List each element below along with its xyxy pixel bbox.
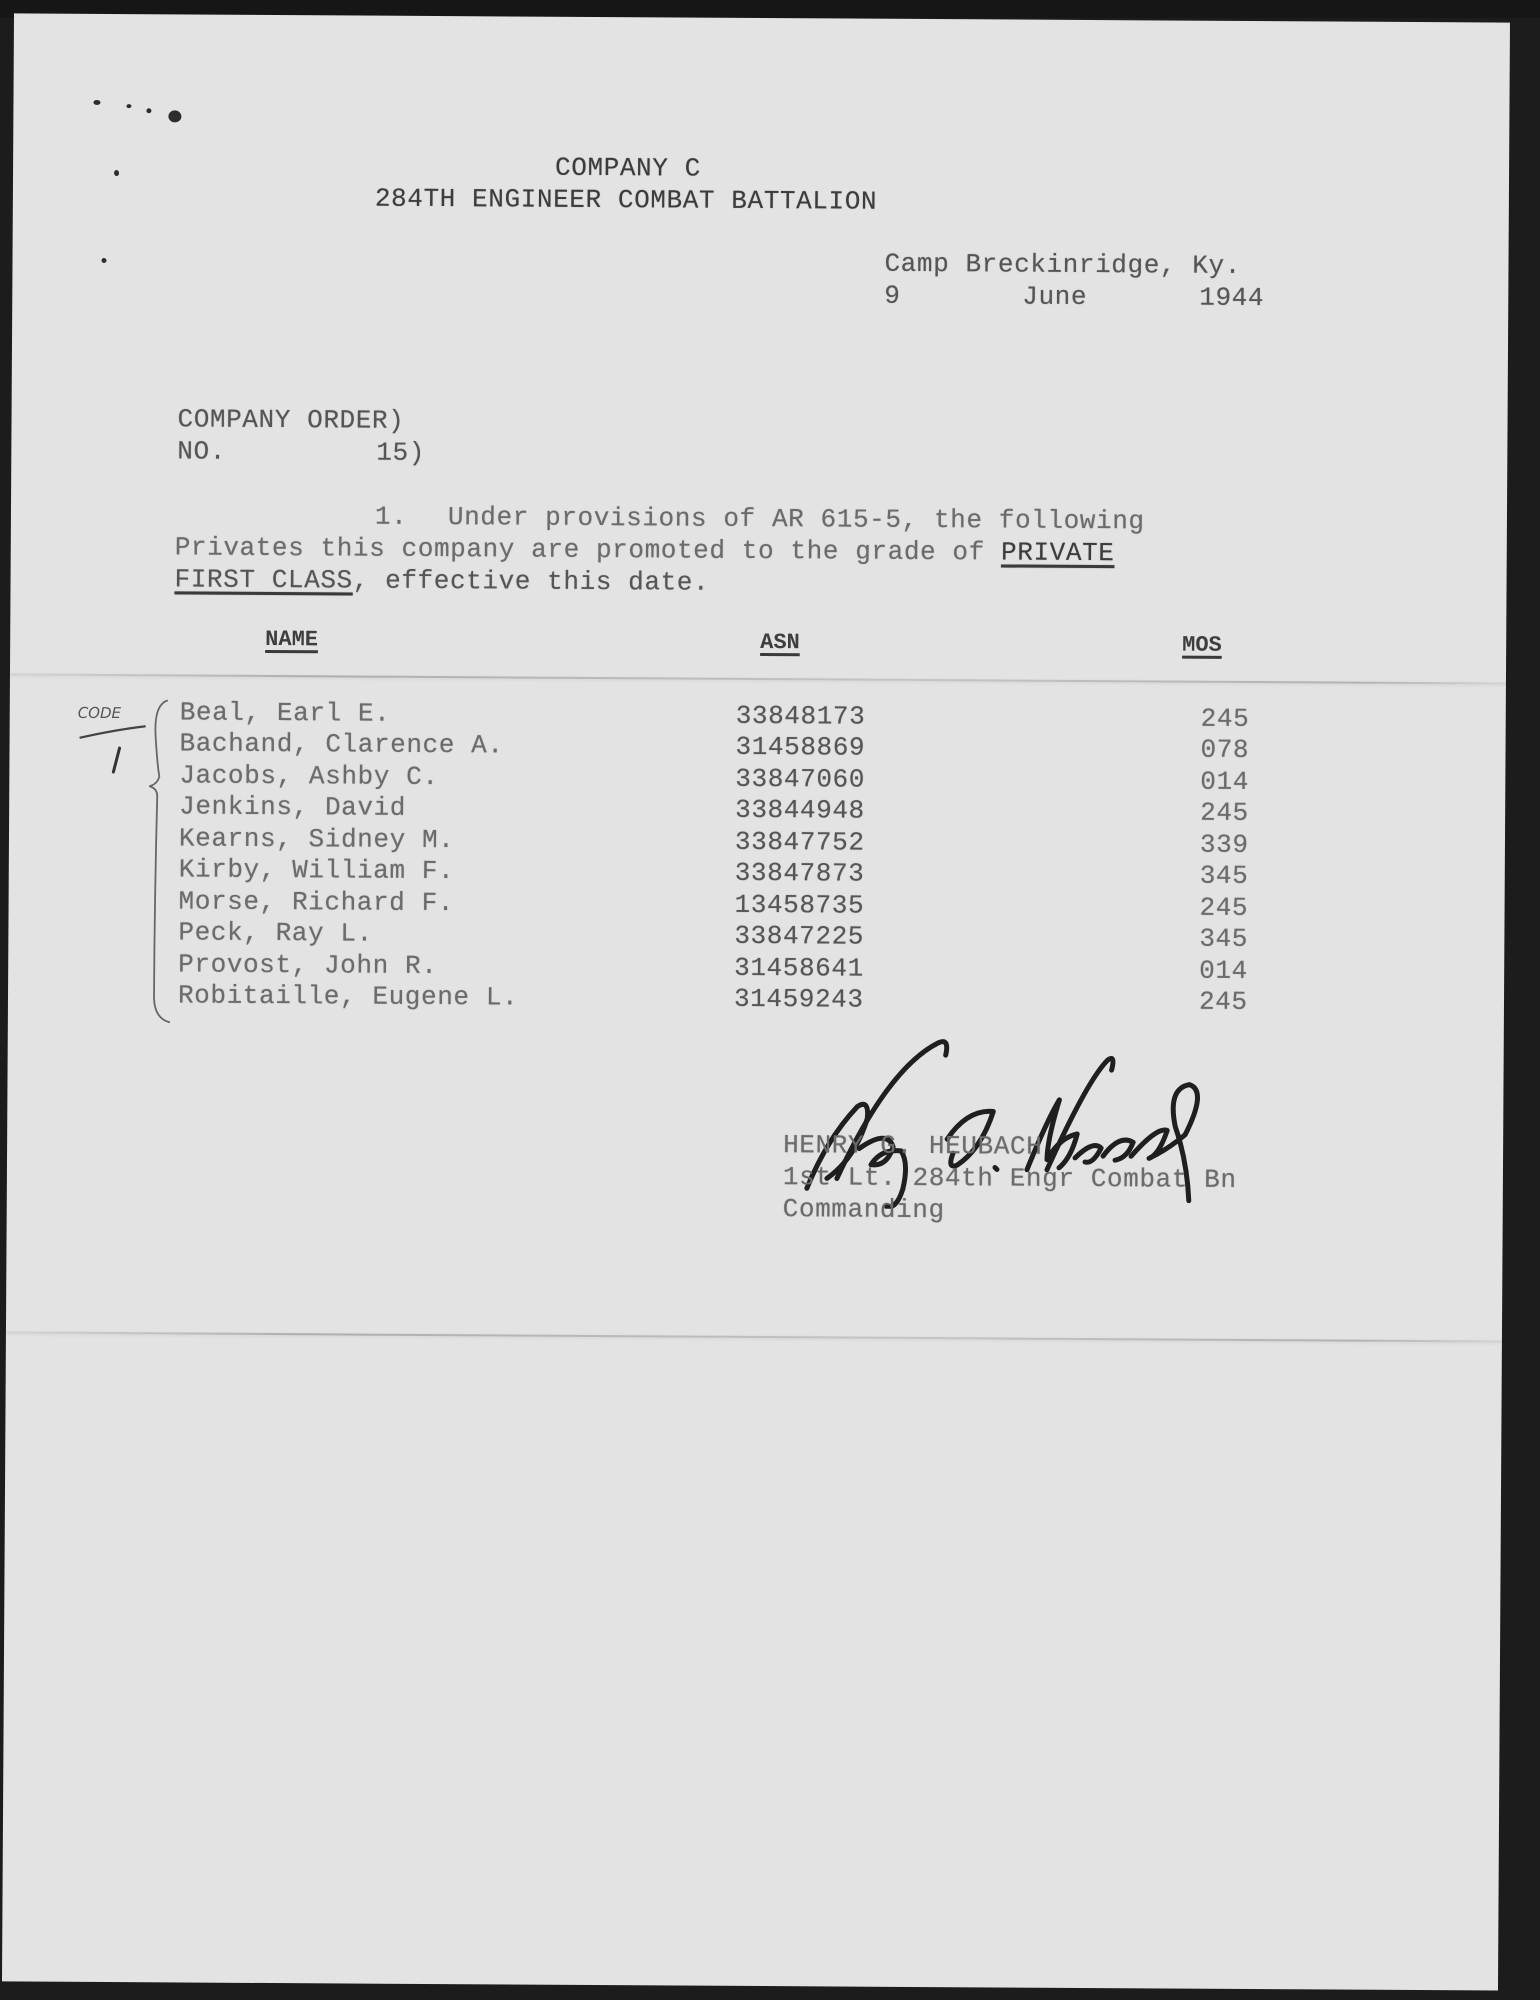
stray-mark: [168, 110, 181, 122]
paragraph-line-3-text: , effective this date.: [353, 566, 710, 598]
document-page: COMPANY C 284TH ENGINEER COMBAT BATTALIO…: [2, 13, 1510, 1990]
paragraph-number: 1.: [375, 502, 408, 532]
cell-mos: 014: [1200, 767, 1249, 797]
cell-asn: 33847873: [735, 858, 865, 889]
cell-name: Jenkins, David: [179, 791, 406, 822]
cell-asn: 31459243: [734, 984, 864, 1015]
cell-asn: 31458869: [735, 732, 865, 763]
cell-mos: 345: [1199, 924, 1248, 954]
cell-asn: 33847225: [734, 921, 864, 952]
signatory-title: 1st Lt. 284th Engr Combat Bn: [783, 1162, 1237, 1195]
cell-mos: 245: [1199, 893, 1248, 923]
company-heading: COMPANY C: [555, 153, 701, 184]
cell-mos: 014: [1199, 956, 1248, 986]
cell-mos: 078: [1200, 735, 1249, 765]
column-header-asn: ASN: [760, 630, 800, 655]
cell-mos: 245: [1200, 798, 1249, 828]
cell-mos: 245: [1201, 704, 1250, 734]
stray-mark: [146, 108, 151, 113]
stray-mark: [101, 258, 106, 263]
paragraph-line-3: FIRST CLASS, effective this date.: [174, 564, 709, 597]
cell-mos: 245: [1199, 987, 1248, 1017]
cell-name: Provost, John R.: [178, 949, 437, 981]
cell-name: Kearns, Sidney M.: [179, 823, 455, 855]
cell-asn: 31458641: [734, 953, 864, 984]
signatory-role: Commanding: [783, 1194, 945, 1225]
cell-name: Bachand, Clarence A.: [179, 728, 503, 760]
grade-emphasis-first-class: FIRST CLASS: [174, 564, 352, 595]
signatory-name: HENRY G. HEUBACH: [783, 1130, 1042, 1162]
order-number-label: NO.: [177, 436, 226, 466]
cell-asn: 33848173: [736, 701, 866, 732]
cell-asn: 13458735: [734, 890, 864, 921]
cell-asn: 33847752: [735, 827, 865, 858]
stray-mark: [126, 104, 131, 108]
order-label: COMPANY ORDER): [177, 404, 404, 435]
cell-name: Morse, Richard F.: [179, 886, 455, 918]
fold-crease-lower: [6, 1331, 1502, 1342]
cell-asn: 33847060: [735, 764, 865, 795]
date-month: June: [1022, 282, 1087, 312]
cell-mos: 339: [1200, 830, 1249, 860]
cell-mos: 345: [1200, 861, 1249, 891]
date-year: 1944: [1199, 283, 1264, 313]
paragraph-line-2-text: Privates this company are promoted to th…: [175, 532, 1002, 567]
location: Camp Breckinridge, Ky.: [884, 249, 1241, 281]
order-number: 15): [376, 438, 425, 468]
date-day: 9: [884, 281, 900, 311]
grade-emphasis-private: PRIVATE: [1001, 537, 1115, 568]
cell-name: Beal, Earl E.: [180, 697, 391, 728]
stray-mark: [114, 170, 119, 176]
fold-crease-upper: [10, 673, 1506, 684]
column-header-mos: MOS: [1182, 633, 1222, 658]
paragraph-line-1: Under provisions of AR 615-5, the follow…: [448, 502, 1145, 536]
cell-name: Peck, Ray L.: [178, 917, 373, 948]
cell-asn: 33844948: [735, 795, 865, 826]
stray-mark: [93, 100, 100, 105]
cell-name: Jacobs, Ashby C.: [179, 760, 438, 792]
column-header-name: NAME: [265, 627, 318, 652]
cell-name: Kirby, William F.: [179, 854, 455, 886]
battalion-heading: 284TH ENGINEER COMBAT BATTALION: [375, 184, 877, 217]
cell-name: Robitaille, Eugene L.: [178, 980, 518, 1012]
paragraph-line-2: Privates this company are promoted to th…: [175, 532, 1115, 568]
